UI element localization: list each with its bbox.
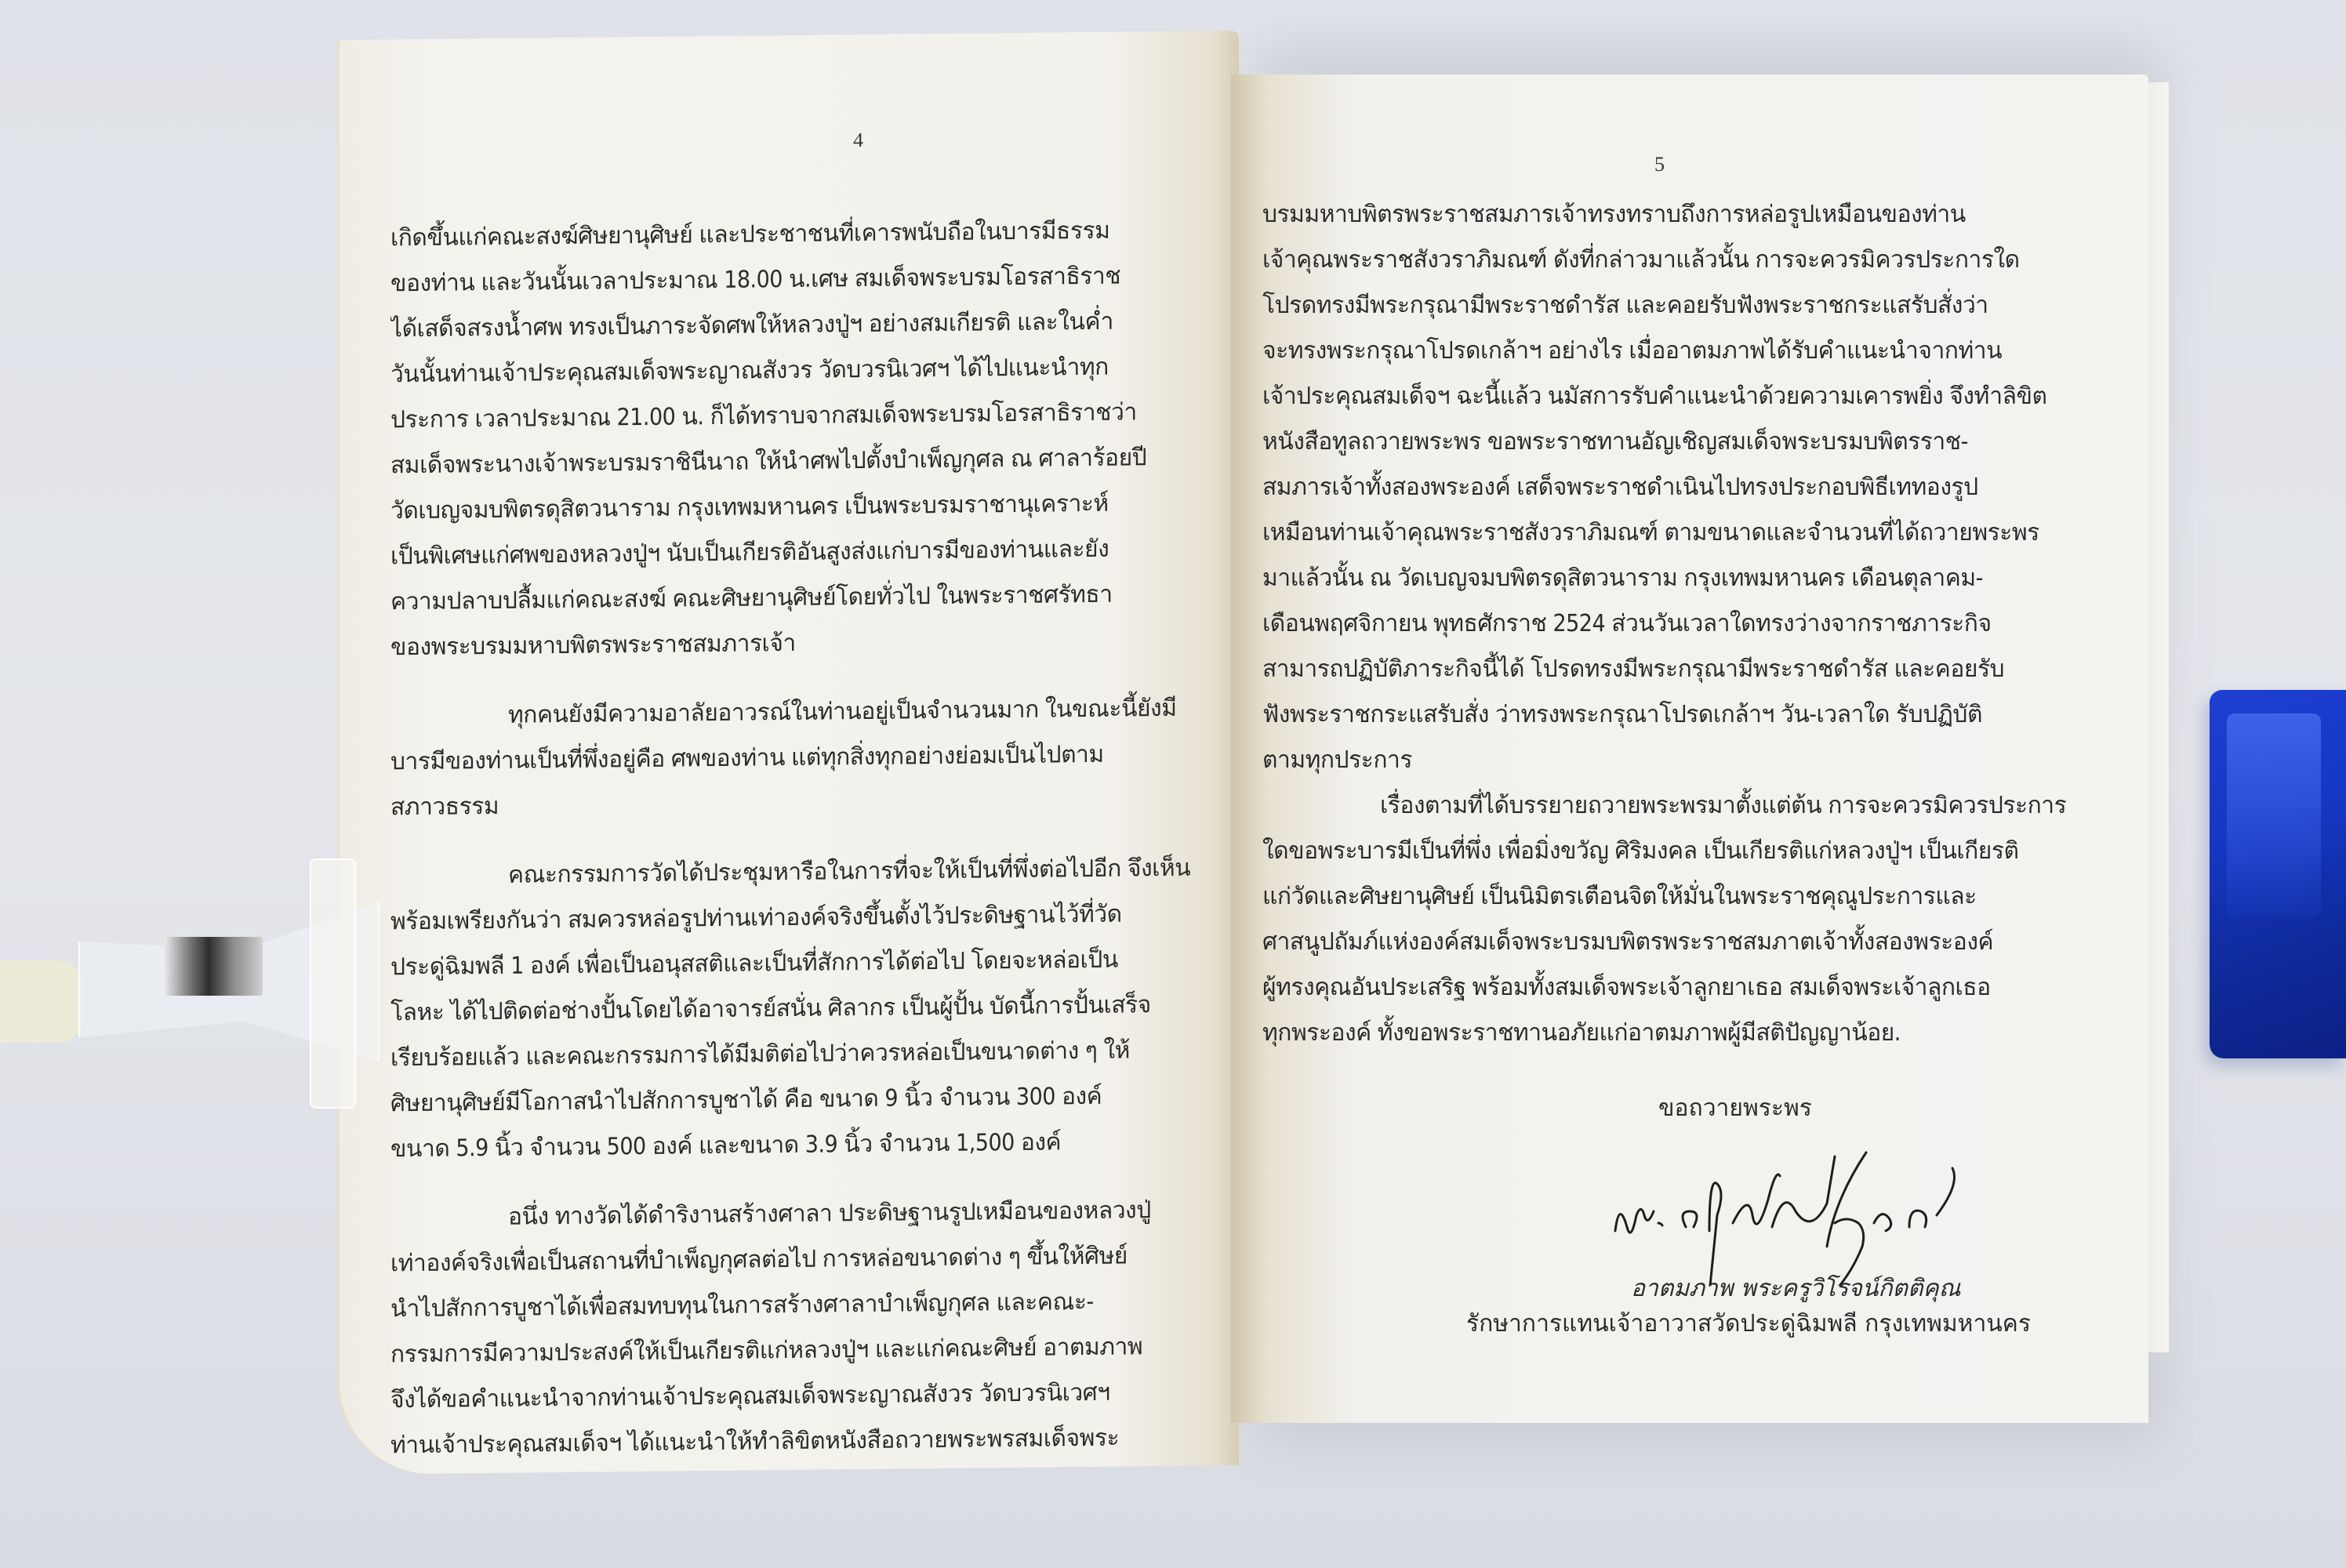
- text-line: เดือนพฤศจิกายน พุทธศักราช 2524 ส่วนวันเว…: [1262, 601, 2109, 647]
- text-line: สามารถปฏิบัติภาระกิจนี้ได้ โปรดทรงมีพระก…: [1262, 647, 2109, 692]
- text-line: เหมือนท่านเจ้าคุณพระราชสังวราภิมณฑ์ ตามข…: [1262, 510, 2109, 556]
- text-line: เจ้าคุณพระราชสังวราภิมณฑ์ ดังที่กล่าวมาแ…: [1262, 238, 2109, 283]
- glass-highlight: [2227, 713, 2321, 917]
- text-line: ฟังพระราชกระแสรับสั่ง ว่าทรงพระกรุณาโปรด…: [1262, 692, 2109, 738]
- text-line: เรื่องตามที่ได้บรรยายถวายพระพรมาตั้งแต่ต…: [1262, 783, 2109, 829]
- text-line: ตามทุกประการ: [1262, 738, 2109, 783]
- text-line: จะทรงพระกรุณาโปรดเกล้าฯ อย่างไร เมื่ออาต…: [1262, 328, 2109, 374]
- left-page: 4 เกิดขึ้นแก่คณะสงฆ์ศิษยานุศิษย์ และประช…: [337, 31, 1239, 1475]
- closing-salutation: ขอถวายพระพร: [1658, 1090, 1812, 1127]
- text-line: ผู้ทรงคุณอันประเสริฐ พร้อมทั้งสมเด็จพระเ…: [1262, 965, 2109, 1011]
- clip-handle: [0, 960, 82, 1043]
- text-line: ความปลาบปลื้มแก่คณะสงฆ์ คณะศิษยานุศิษย์โ…: [390, 571, 1222, 625]
- text-line: สมภารเจ้าทั้งสองพระองค์ เสด็จพระราชดำเนิ…: [1262, 465, 2109, 510]
- left-page-body: เกิดขึ้นแก่คณะสงฆ์ศิษยานุศิษย์ และประชาช…: [390, 207, 1222, 1468]
- clip-jaw: [310, 858, 356, 1109]
- text-line: ใดขอพระบารมีเป็นที่พึ่ง เพื่อมิ่งขวัญ ศิ…: [1262, 829, 2109, 874]
- text-line: ศิษยานุศิษย์มีโอกาสนำไปสักการบูชาได้ คือ…: [390, 1073, 1222, 1127]
- page-number-right: 5: [1654, 153, 1665, 176]
- text-line: บรมมหาบพิตรพระราชสมภารเจ้าทรงทราบถึงการห…: [1262, 192, 2109, 238]
- text-line: โปรดทรงมีพระกรุณามีพระราชดำรัส และคอยรับ…: [1262, 283, 2109, 328]
- text-line: หนังสือทูลถวายพระพร ขอพระราชทานอัญเชิญสม…: [1262, 419, 2109, 465]
- page-number-left: 4: [853, 129, 863, 152]
- right-page: 5 บรมมหาบพิตรพระราชสมภารเจ้าทรงทราบถึงกา…: [1231, 74, 2148, 1423]
- signer-title: รักษาการแทนเจ้าอาวาสวัดประดู่ฉิมพลี กรุง…: [1466, 1305, 2031, 1342]
- clip-metal-spring: [165, 937, 263, 996]
- handwritten-signature: [1600, 1137, 2007, 1286]
- text-line: ทุกพระองค์ ทั้งขอพระราชทานอภัยแก่อาตมภาพ…: [1262, 1011, 2109, 1056]
- page-stack-edge: [2147, 82, 2170, 1352]
- signer-name: อาตมภาพ พระครูวิโรจน์กิตติคุณ: [1631, 1270, 1960, 1307]
- right-page-body: บรมมหาบพิตรพระราชสมภารเจ้าทรงทราบถึงการห…: [1262, 192, 2109, 1056]
- text-line: เท่าองค์จริงเพื่อเป็นสถานที่บำเพ็ญกุศลต่…: [390, 1232, 1222, 1287]
- text-line: ศาสนูปถัมภ์แห่งองค์สมเด็จพระบรมบพิตรพระร…: [1262, 920, 2109, 965]
- text-line: ท่านเจ้าประคุณสมเด็จฯ ได้แนะนำให้ทำลิขิต…: [390, 1414, 1222, 1468]
- text-line: เจ้าประคุณสมเด็จฯ ฉะนี้แล้ว นมัสการรับคำ…: [1262, 374, 2109, 419]
- text-line: มาแล้วนั้น ณ วัดเบญจมบพิตรดุสิตวนาราม กร…: [1262, 556, 2109, 601]
- text-line: บารมีของท่านเป็นที่พึ่งอยู่คือ ศพของท่าน…: [390, 731, 1222, 785]
- text-line: แก่วัดและศิษยานุศิษย์ เป็นนิมิตรเตือนจิต…: [1262, 874, 2109, 920]
